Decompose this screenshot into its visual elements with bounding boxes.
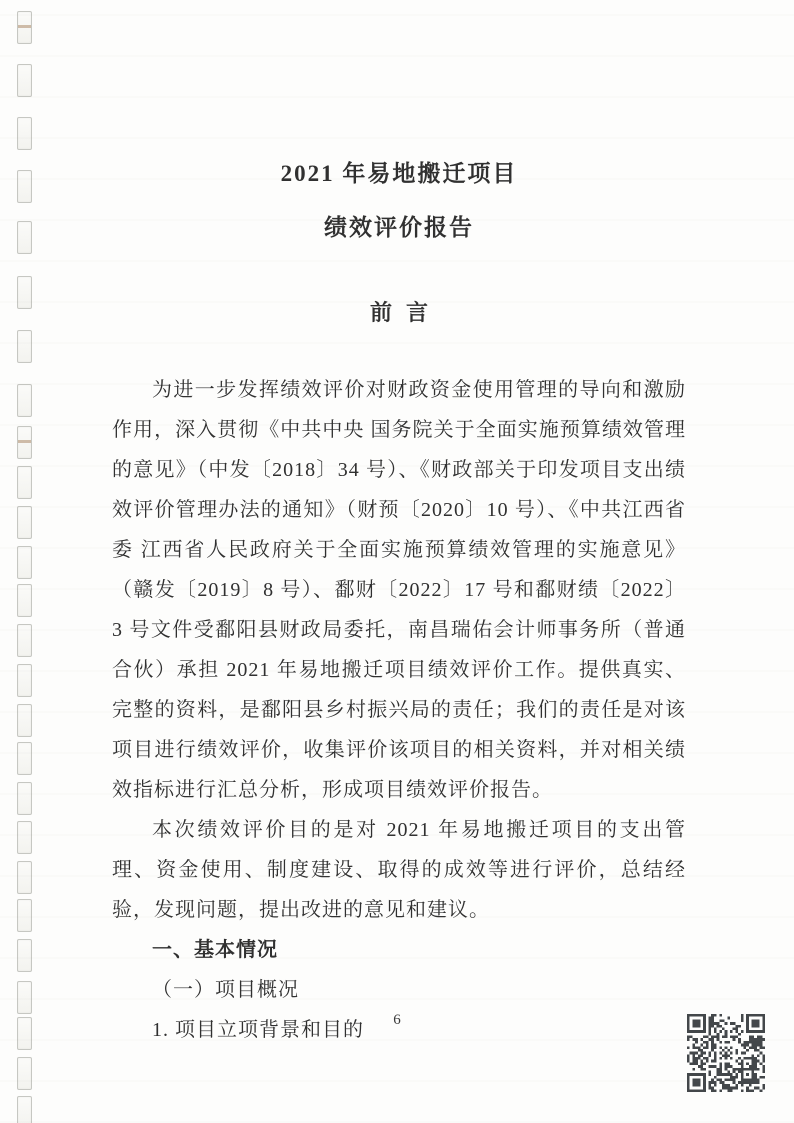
binder-hole: [17, 221, 32, 254]
document-page: 2021 年易地搬迁项目 绩效评价报告 前言 为进一步发挥绩效评价对财政资金使用…: [0, 0, 794, 1123]
subsection-heading-project-overview: （一）项目概况: [112, 970, 686, 1010]
binder-hole: [17, 861, 32, 894]
preface-heading: 前言: [112, 298, 686, 328]
qr-code-icon: [687, 1014, 765, 1092]
binder-hole: [17, 899, 32, 932]
binder-hole: [17, 466, 32, 499]
binder-hole: [17, 117, 32, 150]
binder-hole: [17, 664, 32, 697]
binder-hole: [17, 384, 32, 417]
qr-code-image: [687, 1014, 765, 1092]
binder-hole: [17, 426, 32, 459]
page-content: 2021 年易地搬迁项目 绩效评价报告 前言 为进一步发挥绩效评价对财政资金使用…: [112, 158, 686, 1050]
binder-hole: [17, 742, 32, 775]
preface-paragraph-1: 为进一步发挥绩效评价对财政资金使用管理的导向和激励作用，深入贯彻《中共中央 国务…: [112, 370, 686, 810]
section-heading-basic-info: 一、基本情况: [112, 930, 686, 970]
binder-hole: [17, 276, 32, 309]
preface-paragraph-2: 本次绩效评价目的是对 2021 年易地搬迁项目的支出管理、资金使用、制度建设、取…: [112, 810, 686, 930]
report-title-line1: 2021 年易地搬迁项目: [112, 158, 686, 190]
binder-hole: [17, 170, 32, 203]
binder-hole: [17, 330, 32, 363]
binder-hole: [17, 506, 32, 539]
binder-hole: [17, 11, 32, 44]
report-title-line2: 绩效评价报告: [112, 212, 686, 244]
binder-hole: [17, 782, 32, 815]
binder-hole: [17, 584, 32, 617]
page-number: 6: [0, 1012, 794, 1029]
binder-hole: [17, 1057, 32, 1090]
binder-hole: [17, 821, 32, 854]
binder-hole: [17, 64, 32, 97]
binder-hole: [17, 624, 32, 657]
binder-hole: [17, 704, 32, 737]
binder-hole: [17, 1096, 32, 1123]
binder-hole: [17, 546, 32, 579]
binder-hole: [17, 981, 32, 1014]
binder-hole: [17, 939, 32, 972]
